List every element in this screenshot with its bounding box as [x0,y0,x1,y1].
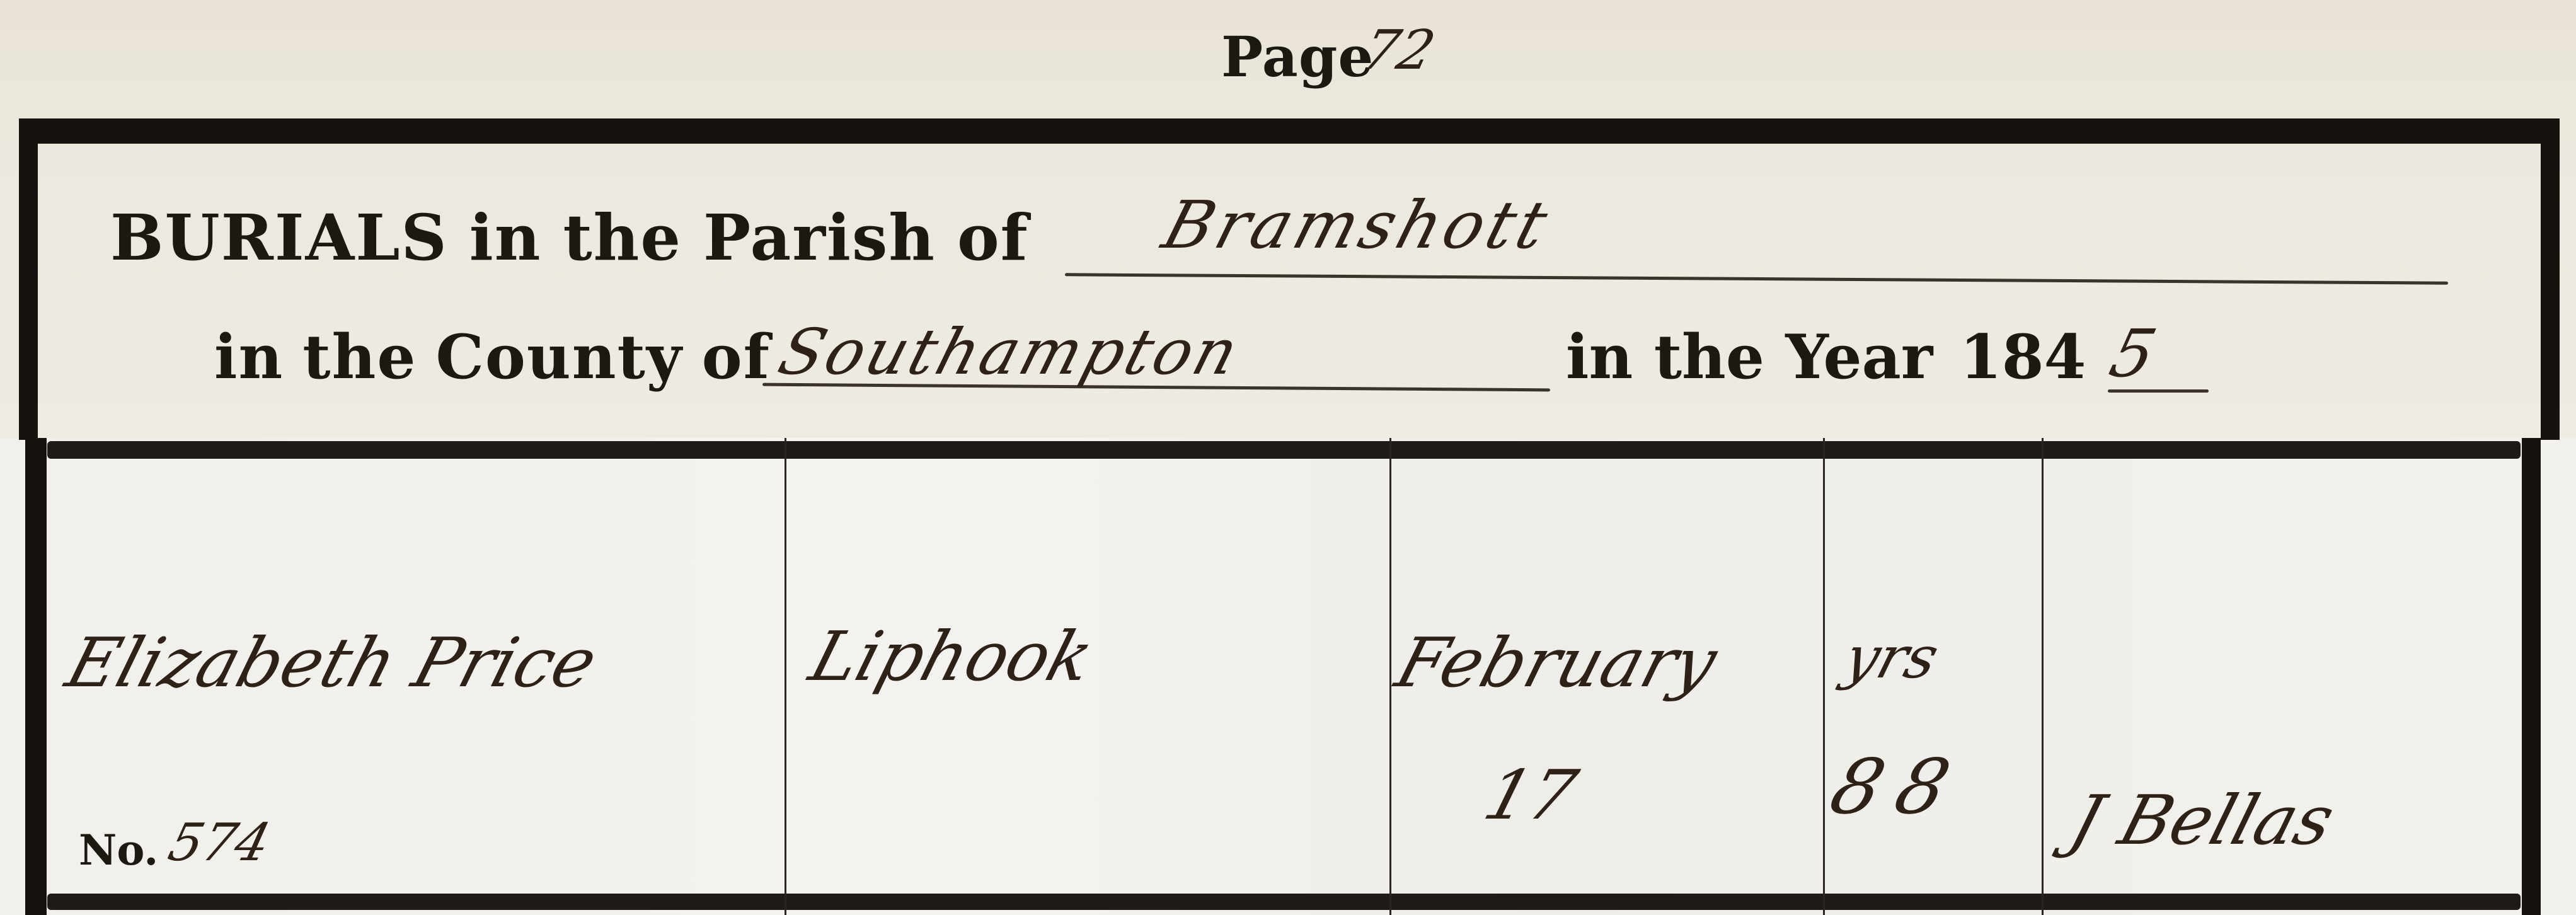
header-county-line: intheCountyof [214,321,771,393]
column-divider-age-officiant [2042,438,2044,915]
entry-officiant: J Bellas [2062,781,2343,860]
entry-burial-month: February [1388,624,1725,703]
year-fill-line [2108,389,2209,393]
county-county: County [435,321,682,393]
entry-age-unit: yrs [1837,624,1946,691]
county-the: the [302,321,417,393]
year-label: in the Year [1566,321,1933,393]
column-divider-abode-date [1389,438,1391,915]
column-divider-name-abode [785,438,786,915]
title-burials: BURIALS [110,200,448,275]
county-of: of [702,321,771,393]
title-parish: Parish [703,200,936,275]
table-top-rule [47,441,2521,459]
county-value: Southampton [771,315,1249,389]
entry-name: Elizabeth Price [58,624,606,703]
county-in: in [214,321,284,393]
entry-number-label: No. [79,826,158,875]
title-of: of [957,200,1029,275]
parish-value: Bramshott [1155,187,1560,263]
entry-number: 574 [163,813,276,873]
entry-abode: Liphook [802,618,1101,696]
entry-age: 88 [1821,744,1975,831]
page-label: Page [1221,24,1374,89]
header-title-line: BURIALSintheParishof [110,200,1029,275]
table-bottom-rule [47,894,2521,910]
year-printed: 184 [1960,321,2086,393]
title-in: in [469,200,542,275]
column-divider-date-age [1823,438,1825,915]
title-the: the [563,200,682,275]
